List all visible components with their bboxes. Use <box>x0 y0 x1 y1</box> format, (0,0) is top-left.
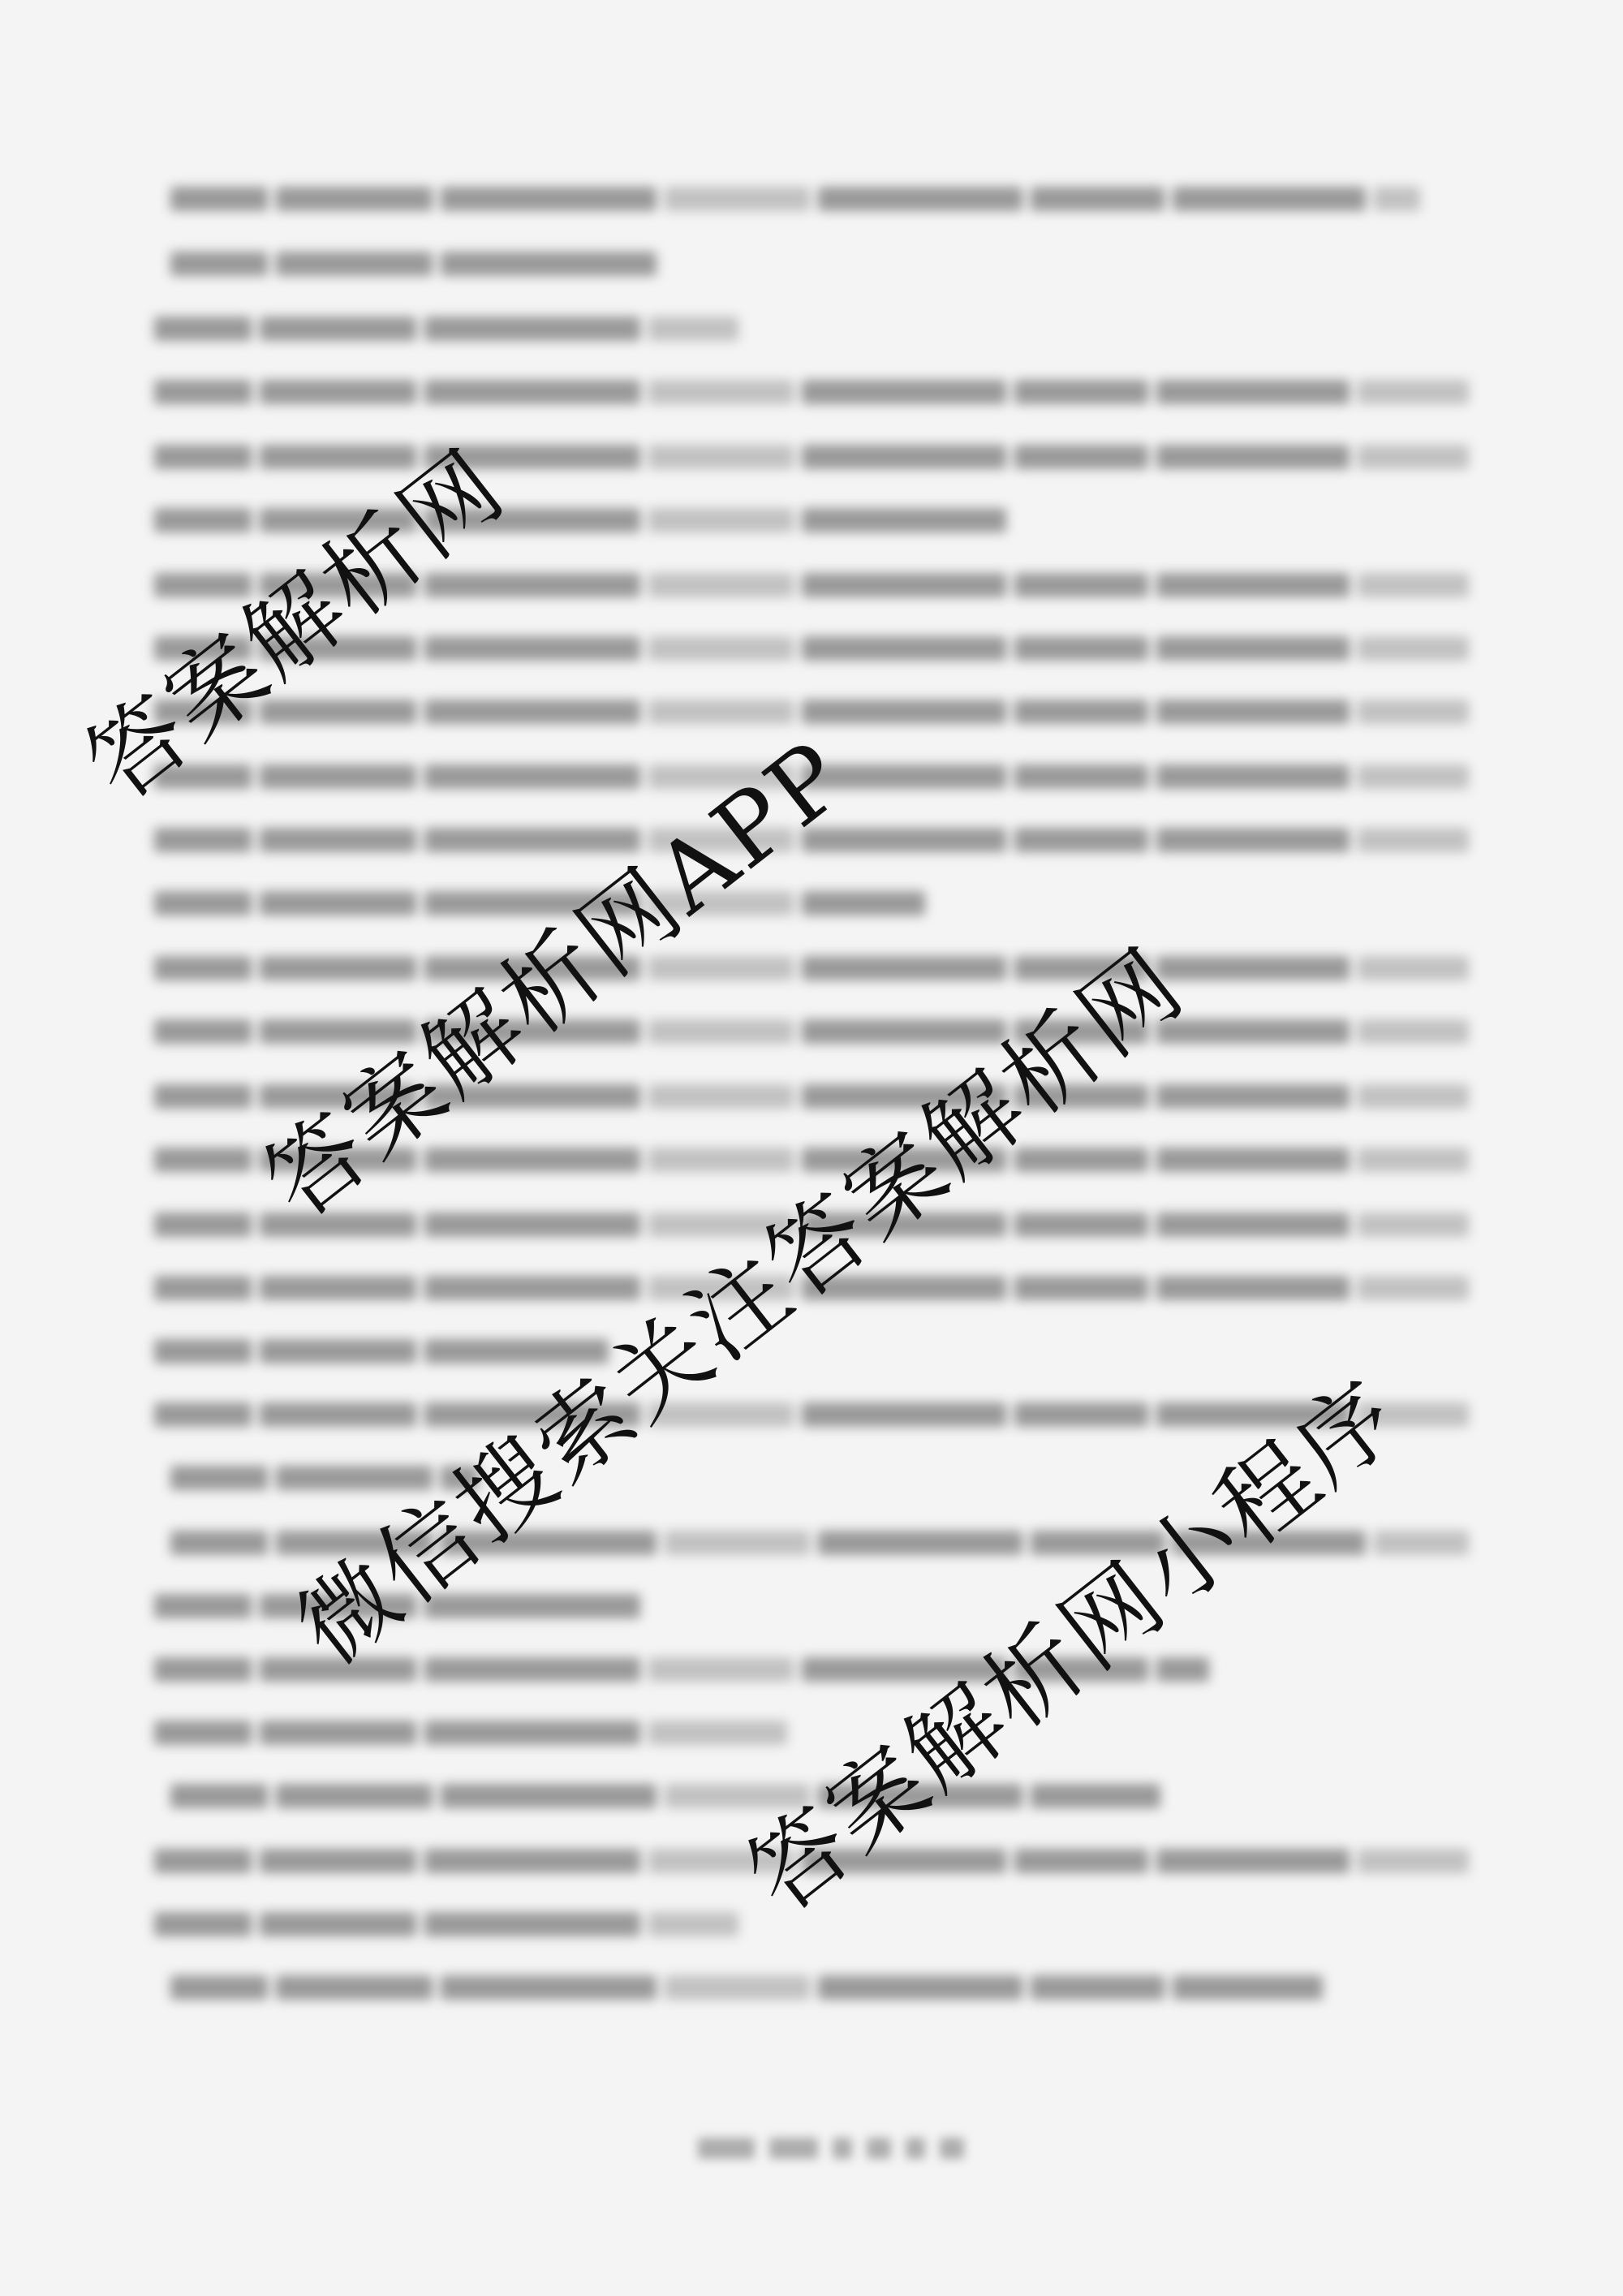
blurred-text-line <box>154 698 1469 726</box>
blurred-text-line <box>170 1974 1323 2001</box>
blurred-text-line <box>170 1782 1160 1810</box>
blurred-text-line <box>154 1910 738 1938</box>
document-page: 答案解析网答案解析网APP微信搜索关注答案解析网答案解析网小程序 <box>0 0 1623 2296</box>
blurred-text-line <box>170 185 1420 213</box>
blurred-text-line <box>170 250 682 278</box>
blurred-text-line <box>154 1719 787 1747</box>
page-footer <box>698 2134 964 2162</box>
blurred-text-line <box>154 378 1469 406</box>
blurred-text-line <box>154 315 738 342</box>
blurred-text-line <box>154 1338 609 1365</box>
blurred-text-line <box>154 506 1047 534</box>
blurred-text-line <box>154 954 1469 982</box>
blurred-text-line <box>154 443 1469 471</box>
